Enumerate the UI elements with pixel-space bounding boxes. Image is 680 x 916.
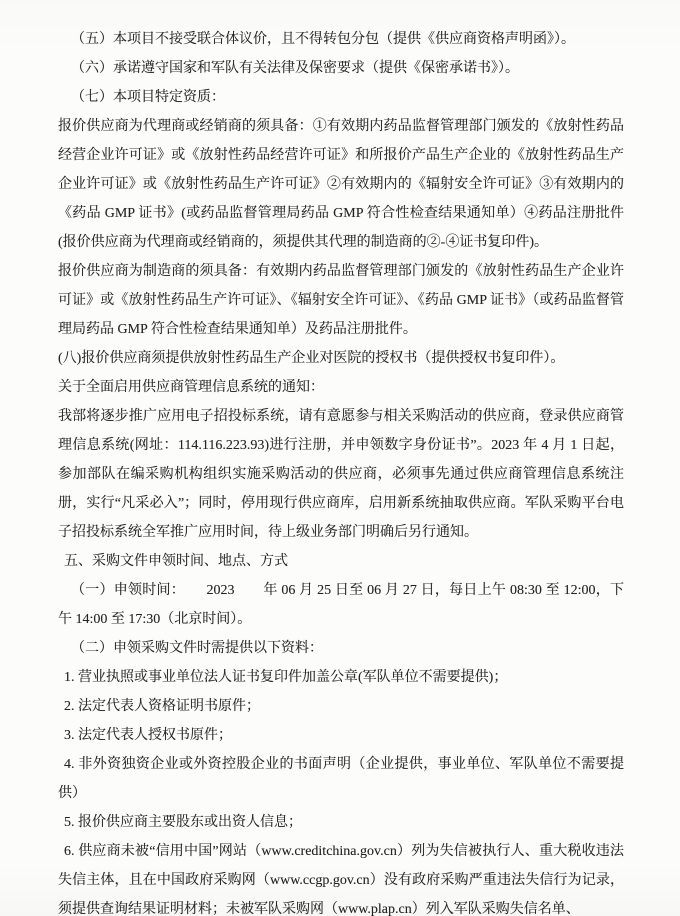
- paragraph-material-6: 6. 供应商未被“信用中国”网站（www.creditchina.gov.cn）…: [58, 837, 624, 916]
- paragraph-notice-title: 关于全面启用供应商管理信息系统的通知：: [58, 373, 624, 402]
- paragraph-collection-materials-title: （二）申领采购文件时需提供以下资料：: [58, 634, 624, 663]
- paragraph-manufacturer-qualifications: 报价供应商为制造商的须具备：有效期内药品监督管理部门颁发的《放射性药品生产企业许…: [58, 257, 624, 344]
- paragraph-clause-7: （七）本项目特定资质：: [58, 83, 624, 112]
- paragraph-material-3: 3. 法定代表人授权书原件；: [58, 721, 624, 750]
- paragraph-material-4: 4. 非外资独资企业或外资控股企业的书面声明（企业提供，事业单位、军队单位不需要…: [58, 750, 624, 808]
- paragraph-notice-body: 我部将逐步推广应用电子招投标系统，请有意愿参与相关采购活动的供应商，登录供应商管…: [58, 402, 624, 547]
- paragraph-clause-6: （六）承诺遵守国家和军队有关法律及保密要求（提供《保密承诺书》）。: [58, 54, 624, 83]
- paragraph-clause-8: (八)报价供应商须提供放射性药品生产企业对医院的授权书（提供授权书复印件）。: [58, 344, 624, 373]
- paragraph-clause-5: （五）本项目不接受联合体议价，且不得转包分包（提供《供应商资格声明函》）。: [58, 25, 624, 54]
- paragraph-material-2: 2. 法定代表人资格证明书原件；: [58, 692, 624, 721]
- paragraph-section-5-title: 五、采购文件申领时间、地点、方式: [58, 547, 624, 576]
- paragraph-collection-time: （一）申领时间： 2023 年 06 月 25 日至 06 月 27 日，每日上…: [58, 576, 624, 634]
- paragraph-material-1: 1. 营业执照或事业单位法人证书复印件加盖公章(军队单位不需要提供)；: [58, 663, 624, 692]
- document-page: （五）本项目不接受联合体议价，且不得转包分包（提供《供应商资格声明函》）。 （六…: [0, 0, 680, 916]
- paragraph-dealer-qualifications: 报价供应商为代理商或经销商的须具备：①有效期内药品监督管理部门颁发的《放射性药品…: [58, 112, 624, 257]
- paragraph-material-5: 5. 报价供应商主要股东或出资人信息；: [58, 808, 624, 837]
